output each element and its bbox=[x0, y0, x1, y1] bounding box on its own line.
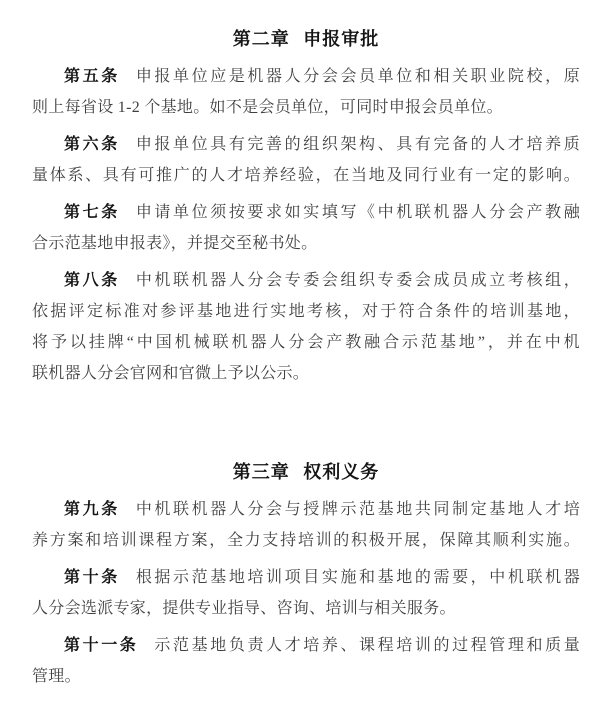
article-text: 申报单位具有完善的组织架构、具有完备的人才培养质 bbox=[136, 136, 580, 153]
article-line: 依据评定标准对参评基地进行实地考核，对于符合条件的培训基地， bbox=[32, 296, 580, 327]
article-10-label: 第十条 bbox=[64, 569, 120, 586]
article-7-label: 第七条 bbox=[64, 204, 120, 221]
article-line: 联机器人分会官网和官微上予以公示。 bbox=[32, 358, 580, 389]
article-text: 示范基地负责人才培养、课程培训的过程管理和质量 bbox=[154, 637, 580, 654]
article-11-label: 第十一条 bbox=[64, 637, 138, 654]
article-5-label: 第五条 bbox=[64, 68, 120, 85]
article-8-label: 第八条 bbox=[64, 272, 120, 289]
article-5: 第五条申报单位应是机器人分会会员单位和相关职业院校，原 则上每省设 1-2 个基… bbox=[32, 61, 580, 123]
chapter-2-heading: 第二章 申报审批 bbox=[32, 24, 580, 55]
article-text: 根据示范基地培训项目实施和基地的需要，中机联机器 bbox=[136, 569, 580, 586]
article-line: 第六条申报单位具有完善的组织架构、具有完备的人才培养质 bbox=[32, 129, 580, 160]
article-line: 量体系、具有可推广的人才培养经验，在当地及同行业有一定的影响。 bbox=[32, 160, 580, 191]
article-line: 第十条根据示范基地培训项目实施和基地的需要，中机联机器 bbox=[32, 562, 580, 593]
article-6-label: 第六条 bbox=[64, 136, 120, 153]
article-line: 第九条中机联机器人分会与授牌示范基地共同制定基地人才培 bbox=[32, 494, 580, 525]
document-page: 第二章 申报审批 第五条申报单位应是机器人分会会员单位和相关职业院校，原 则上每… bbox=[0, 0, 599, 712]
article-8: 第八条中机联机器人分会专委会组织专委会成员成立考核组， 依据评定标准对参评基地进… bbox=[32, 265, 580, 389]
article-6: 第六条申报单位具有完善的组织架构、具有完备的人才培养质 量体系、具有可推广的人才… bbox=[32, 129, 580, 191]
article-9: 第九条中机联机器人分会与授牌示范基地共同制定基地人才培 养方案和培训课程方案，全… bbox=[32, 494, 580, 556]
article-7: 第七条申请单位须按要求如实填写《中机联机器人分会产教融 合示范基地申报表》，并提… bbox=[32, 197, 580, 259]
article-line: 第十一条示范基地负责人才培养、课程培训的过程管理和质量 bbox=[32, 630, 580, 661]
article-text: 申报单位应是机器人分会会员单位和相关职业院校，原 bbox=[136, 68, 580, 85]
article-line: 养方案和培训课程方案，全力支持培训的积极开展，保障其顺利实施。 bbox=[32, 525, 580, 556]
article-line: 第五条申报单位应是机器人分会会员单位和相关职业院校，原 bbox=[32, 61, 580, 92]
article-line: 则上每省设 1-2 个基地。如不是会员单位，可同时申报会员单位。 bbox=[32, 92, 580, 123]
article-line: 第八条中机联机器人分会专委会组织专委会成员成立考核组， bbox=[32, 265, 580, 296]
article-text: 中机联机器人分会专委会组织专委会成员成立考核组， bbox=[136, 272, 580, 289]
article-line: 人分会选派专家，提供专业指导、咨询、培训与相关服务。 bbox=[32, 593, 580, 624]
article-10: 第十条根据示范基地培训项目实施和基地的需要，中机联机器 人分会选派专家，提供专业… bbox=[32, 562, 580, 624]
article-11: 第十一条示范基地负责人才培养、课程培训的过程管理和质量 管理。 bbox=[32, 630, 580, 692]
article-line: 合示范基地申报表》，并提交至秘书处。 bbox=[32, 228, 580, 259]
chapter-3-heading: 第三章 权利义务 bbox=[32, 457, 580, 488]
article-line: 管理。 bbox=[32, 661, 580, 692]
article-text: 中机联机器人分会与授牌示范基地共同制定基地人才培 bbox=[136, 501, 580, 518]
article-line: 将予以挂牌“中国机械联机器人分会产教融合示范基地”，并在中机 bbox=[32, 327, 580, 358]
article-9-label: 第九条 bbox=[64, 501, 120, 518]
article-text: 申请单位须按要求如实填写《中机联机器人分会产教融 bbox=[136, 204, 580, 221]
article-line: 第七条申请单位须按要求如实填写《中机联机器人分会产教融 bbox=[32, 197, 580, 228]
